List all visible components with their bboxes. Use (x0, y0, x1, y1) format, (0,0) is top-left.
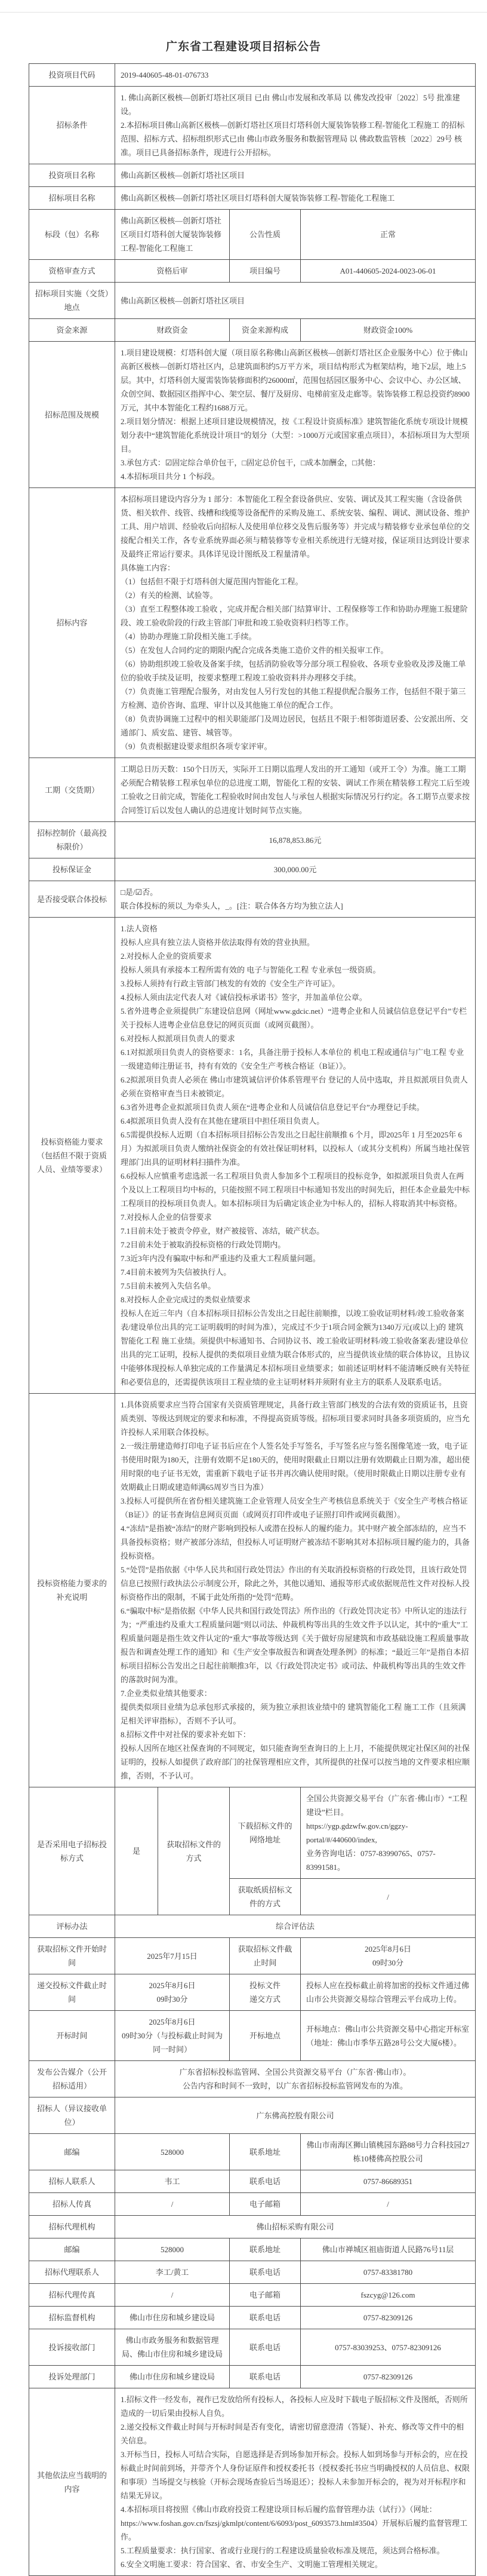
row-value: 资格后审 (115, 260, 230, 283)
row-label: 招标人联系人 (29, 2170, 115, 2193)
row-value: 1. 佛山高新区极核—创新灯塔社区项目 已由 佛山市发展和改革局 以 佛发改投审… (115, 87, 476, 164)
row-label: 招标内容 (29, 488, 115, 758)
row-label-2: 开标地点 (230, 2011, 301, 2061)
row-label-2: 联系电话 (230, 2329, 301, 2366)
row-label: 招标条件 (29, 87, 115, 164)
row-value: 佛山市政务服务和数据管理局、佛山市住房和城乡建设局 (115, 2329, 230, 2366)
row-value: 是 (115, 1787, 158, 1915)
method-label: 获取招标文件的方式 (158, 1787, 230, 1915)
row-label: 邮编 (29, 2134, 115, 2170)
row-value: 佛山高新区极核—创新灯塔社区项目 (115, 164, 476, 187)
row-label-2: 联系地址 (230, 2238, 301, 2261)
row-value: 佛山高新区极核—创新灯塔社区项目 (115, 283, 476, 319)
row-value: 综合评估法 (115, 1915, 476, 1938)
row-value: 财政资金 (115, 319, 230, 342)
row-value: 300,000.00元 (115, 858, 476, 881)
row-value-2: 0757-82309126 (301, 2366, 476, 2388)
row-label: 招标项目实施（交货）地点 (29, 283, 115, 319)
row-label-2: 项目编号 (230, 260, 301, 283)
row-label-2: 电子邮箱 (230, 2284, 301, 2307)
row-label: 投资项目代码 (29, 64, 115, 87)
row-label: 递交投标文件截止时间 (29, 1974, 115, 2011)
row-value-2: A01-440605-2024-0023-06-01 (301, 260, 476, 283)
table-row: 投诉接收部门佛山市政务服务和数据管理局、佛山市住房和城乡建设局联系电话0757-… (29, 2329, 476, 2366)
row-label: 资金来源 (29, 319, 115, 342)
table-row: 投标资格能力要求的补充说明1.具体资质要求应当符合国家有关资质管理规定，具备行政… (29, 1394, 476, 1787)
row-label: 投标资格能力要求（包括但不限于资质人员、业绩等要求） (29, 918, 115, 1394)
tender-announcement-table: 投资项目代码2019-440605-48-01-076733招标条件1. 佛山高… (29, 63, 476, 2576)
row-value: 2025年8月6日 09时30分 (115, 1974, 230, 2011)
top-divider (0, 12, 487, 13)
row-label: 评标办法 (29, 1915, 115, 1938)
row-label: 招标项目名称 (29, 187, 115, 210)
table-row: 邮编528000联系地址佛山市南海区狮山镇桃园东路88号力合科技园27栋10楼佛… (29, 2134, 476, 2170)
table-row: 获取招标文件开始时间2025年7月15日获取招标文件截止时间2025年8月6日 … (29, 1938, 476, 1974)
row-label: 投诉处理部门 (29, 2366, 115, 2388)
row-value: 528000 (115, 2134, 230, 2170)
row-value: 佛山高新区极核—创新灯塔社区项目灯塔科创大厦装饰装修工程-智能化工程施工 (115, 210, 230, 260)
row-value: 佛山市住房和城乡建设局 (115, 2366, 230, 2388)
page-title: 广东省工程建设项目招标公告 (0, 38, 487, 54)
row-value-2: fszcyg@126.com (301, 2284, 476, 2307)
row-label: 投资项目名称 (29, 164, 115, 187)
row-value: 1.具体资质要求应当符合国家有关资质管理规定，具备行政主管部门核发的合法有效的资… (115, 1394, 476, 1787)
row-value: 1.法人资格 投标人应具有独立法人资格并依法取得有效的营业执照。 2.对投标人企… (115, 918, 476, 1394)
table-row: 招标人传真/电子邮箱/ (29, 2193, 476, 2216)
row-label: 招标代理联系人 (29, 2261, 115, 2284)
sub-row-label: 下载招标文件的网络地址 (230, 1787, 301, 1879)
row-label-2: 投标文件 递交方式 (230, 1974, 301, 2011)
row-label-2: 获取招标文件截止时间 (230, 1938, 301, 1974)
table-row: 投资项目代码2019-440605-48-01-076733 (29, 64, 476, 87)
row-value: 李工/黄工 (115, 2261, 230, 2284)
row-label: 投诉接收部门 (29, 2329, 115, 2366)
row-value-2: 0757-83381780 (301, 2261, 476, 2284)
row-label: 招标人（异议接收单位） (29, 2097, 115, 2134)
row-value-2: 财政资金100% (301, 319, 476, 342)
table-row: 资金来源财政资金资金来源构成财政资金100% (29, 319, 476, 342)
row-value-2: 佛山市南海区狮山镇桃园东路88号力合科技园27栋10楼佛高控股公司 (301, 2134, 476, 2170)
table-row: 招标人（异议接收单位）广东佛高控股有限公司 (29, 2097, 476, 2134)
row-value-2: 2025年8月6日 09时30分 (301, 1938, 476, 1974)
row-value: 广东省招标投标监管网、全国公共资源交易平台（广东省·佛山市）。 公告内容和时间不… (115, 2061, 476, 2097)
table-row: 招标代理机构佛山招标采购有限公司 (29, 2216, 476, 2238)
row-value-2: 0757-86689351 (301, 2170, 476, 2193)
table-row: 投诉处理部门佛山市住房和城乡建设局联系电话0757-82309126 (29, 2366, 476, 2388)
row-label: 招标代理机构 (29, 2216, 115, 2238)
row-label: 邮编 (29, 2238, 115, 2261)
row-label-2: 联系地址 (230, 2134, 301, 2170)
table-row: 发布公告媒介（公开招标适用）广东省招标投标监管网、全国公共资源交易平台（广东省·… (29, 2061, 476, 2097)
row-label-2: 联系电话 (230, 2307, 301, 2329)
table-row: 是否接受联合体投标□是/☑否。 联合体投标的须以_为牵头人，_。[注：联合体各方… (29, 881, 476, 918)
table-row: 招标代理联系人李工/黄工联系电话0757-83381780 (29, 2261, 476, 2284)
row-label-2: 联系电话 (230, 2170, 301, 2193)
sub-row-value: / (301, 1879, 476, 1915)
table-row: 资格审查方式资格后审项目编号A01-440605-2024-0023-06-01 (29, 260, 476, 283)
table-row: 投资项目名称佛山高新区极核—创新灯塔社区项目 (29, 164, 476, 187)
row-value-2: 投标人应在投标截止前将加密的投标文件通过佛山市公共资源交易综合管理云平台成功上传… (301, 1974, 476, 2011)
row-value: 16,878,853.86元 (115, 822, 476, 858)
row-label-2: 资金来源构成 (230, 319, 301, 342)
row-label-2: 联系电话 (230, 2261, 301, 2284)
table-row: 评标办法综合评估法 (29, 1915, 476, 1938)
row-value-2: 开标地点：佛山市公共资源交易中心指定开标室（地址：佛山市季华五路28号公交大厦6… (301, 2011, 476, 2061)
row-label-2: 公告性质 (230, 210, 301, 260)
sub-row-label: 获取纸质招标文件的方式 (230, 1879, 301, 1915)
table-row: 招标条件1. 佛山高新区极核—创新灯塔社区项目 已由 佛山市发展和改革局 以 佛… (29, 87, 476, 164)
table-row: 工期（交货期）工期总日历天数：150个日历天，实际开工日期以监理人发出的开工通知… (29, 758, 476, 822)
table-row: 其他依法应当载明的内容1.招标文件一经发布，视作已发放给所有投标人，各投标人应及… (29, 2388, 476, 2576)
row-value: □是/☑否。 联合体投标的须以_为牵头人，_。[注：联合体各方均为独立法人] (115, 881, 476, 918)
row-value: / (115, 2284, 230, 2307)
row-value: 佛山市住房和城乡建设局 (115, 2307, 230, 2329)
row-value: / (115, 2193, 230, 2216)
row-label: 标段（包）名称 (29, 210, 115, 260)
table-row: 招标代理传真/电子邮箱fszcyg@126.com (29, 2284, 476, 2307)
row-label: 招标监督机构 (29, 2307, 115, 2329)
row-label: 投标保证金 (29, 858, 115, 881)
table-row: 招标范围及规模1.项目建设规模：灯塔科创大厦（项目原名称佛山高新区极核—创新灯塔… (29, 342, 476, 488)
table-row: 招标人联系人韦工联系电话0757-86689351 (29, 2170, 476, 2193)
table-row: 招标监督机构佛山市住房和城乡建设局联系电话0757-82309126 (29, 2307, 476, 2329)
table-row: 投标保证金300,000.00元 (29, 858, 476, 881)
row-value-2: 正常 (301, 210, 476, 260)
row-label: 是否采用电子招标投标方式 (29, 1787, 115, 1915)
row-value-2: 佛山市禅城区祖庙街道人民路76号11层 (301, 2238, 476, 2261)
row-value: 528000 (115, 2238, 230, 2261)
table-row: 投标资格能力要求（包括但不限于资质人员、业绩等要求）1.法人资格 投标人应具有独… (29, 918, 476, 1394)
row-label: 资格审查方式 (29, 260, 115, 283)
row-label: 开标时间 (29, 2011, 115, 2061)
row-value-2: 0757-82309126 (301, 2307, 476, 2329)
row-value-2: 0757-83039253、0757-82309126 (301, 2329, 476, 2366)
row-value: 1.招标文件一经发布，视作已发放给所有投标人，各投标人应及时下载电子版招标文件及… (115, 2388, 476, 2576)
row-label: 工期（交货期） (29, 758, 115, 822)
row-label: 招标范围及规模 (29, 342, 115, 488)
row-value: 2019-440605-48-01-076733 (115, 64, 476, 87)
row-value: 2025年8月6日 09时30分（与投标截止时间为同一时间） (115, 2011, 230, 2061)
sub-row-value: 全国公共资源交易平台（广东省·佛山市）“工程建设”栏目。 https://ygp… (301, 1787, 476, 1879)
row-value: 2025年7月15日 (115, 1938, 230, 1974)
row-label: 招标代理传真 (29, 2284, 115, 2307)
table-row: 招标项目名称佛山高新区极核—创新灯塔社区项目灯塔科创大厦装饰装修工程-智能化工程… (29, 187, 476, 210)
table-row: 招标内容本招标项目建设内容分为 1 部分：本智能化工程全套设备供应、安装、调试及… (29, 488, 476, 758)
row-label: 是否接受联合体投标 (29, 881, 115, 918)
row-value: 韦工 (115, 2170, 230, 2193)
row-label-2: 电子邮箱 (230, 2193, 301, 2216)
row-value: 工期总日历天数：150个日历天，实际开工日期以监理人发出的开工通知（或开工令）为… (115, 758, 476, 822)
row-value-2: / (301, 2193, 476, 2216)
row-value: 广东佛高控股有限公司 (115, 2097, 476, 2134)
row-label: 招标人传真 (29, 2193, 115, 2216)
row-label: 其他依法应当载明的内容 (29, 2388, 115, 2576)
table-row: 邮编528000联系地址佛山市禅城区祖庙街道人民路76号11层 (29, 2238, 476, 2261)
table-row: 是否采用电子招标投标方式是获取招标文件的方式下载招标文件的网络地址全国公共资源交… (29, 1787, 476, 1879)
row-label: 获取招标文件开始时间 (29, 1938, 115, 1974)
table-row: 招标控制价（最高投标限价）16,878,853.86元 (29, 822, 476, 858)
row-value: 佛山高新区极核—创新灯塔社区项目灯塔科创大厦装饰装修工程-智能化工程施工 (115, 187, 476, 210)
row-value: 佛山招标采购有限公司 (115, 2216, 476, 2238)
row-label: 发布公告媒介（公开招标适用） (29, 2061, 115, 2097)
row-value: 本招标项目建设内容分为 1 部分：本智能化工程全套设备供应、安装、调试及其工程实… (115, 488, 476, 758)
table-row: 递交投标文件截止时间2025年8月6日 09时30分投标文件 递交方式投标人应在… (29, 1974, 476, 2011)
table-row: 招标项目实施（交货）地点佛山高新区极核—创新灯塔社区项目 (29, 283, 476, 319)
table-row: 开标时间2025年8月6日 09时30分（与投标截止时间为同一时间）开标地点开标… (29, 2011, 476, 2061)
row-value: 1.项目建设规模：灯塔科创大厦（项目原名称佛山高新区极核—创新灯塔社区企业服务中… (115, 342, 476, 488)
row-label-2: 联系电话 (230, 2366, 301, 2388)
row-label: 投标资格能力要求的补充说明 (29, 1394, 115, 1787)
table-row: 标段（包）名称佛山高新区极核—创新灯塔社区项目灯塔科创大厦装饰装修工程-智能化工… (29, 210, 476, 260)
row-label: 招标控制价（最高投标限价） (29, 822, 115, 858)
